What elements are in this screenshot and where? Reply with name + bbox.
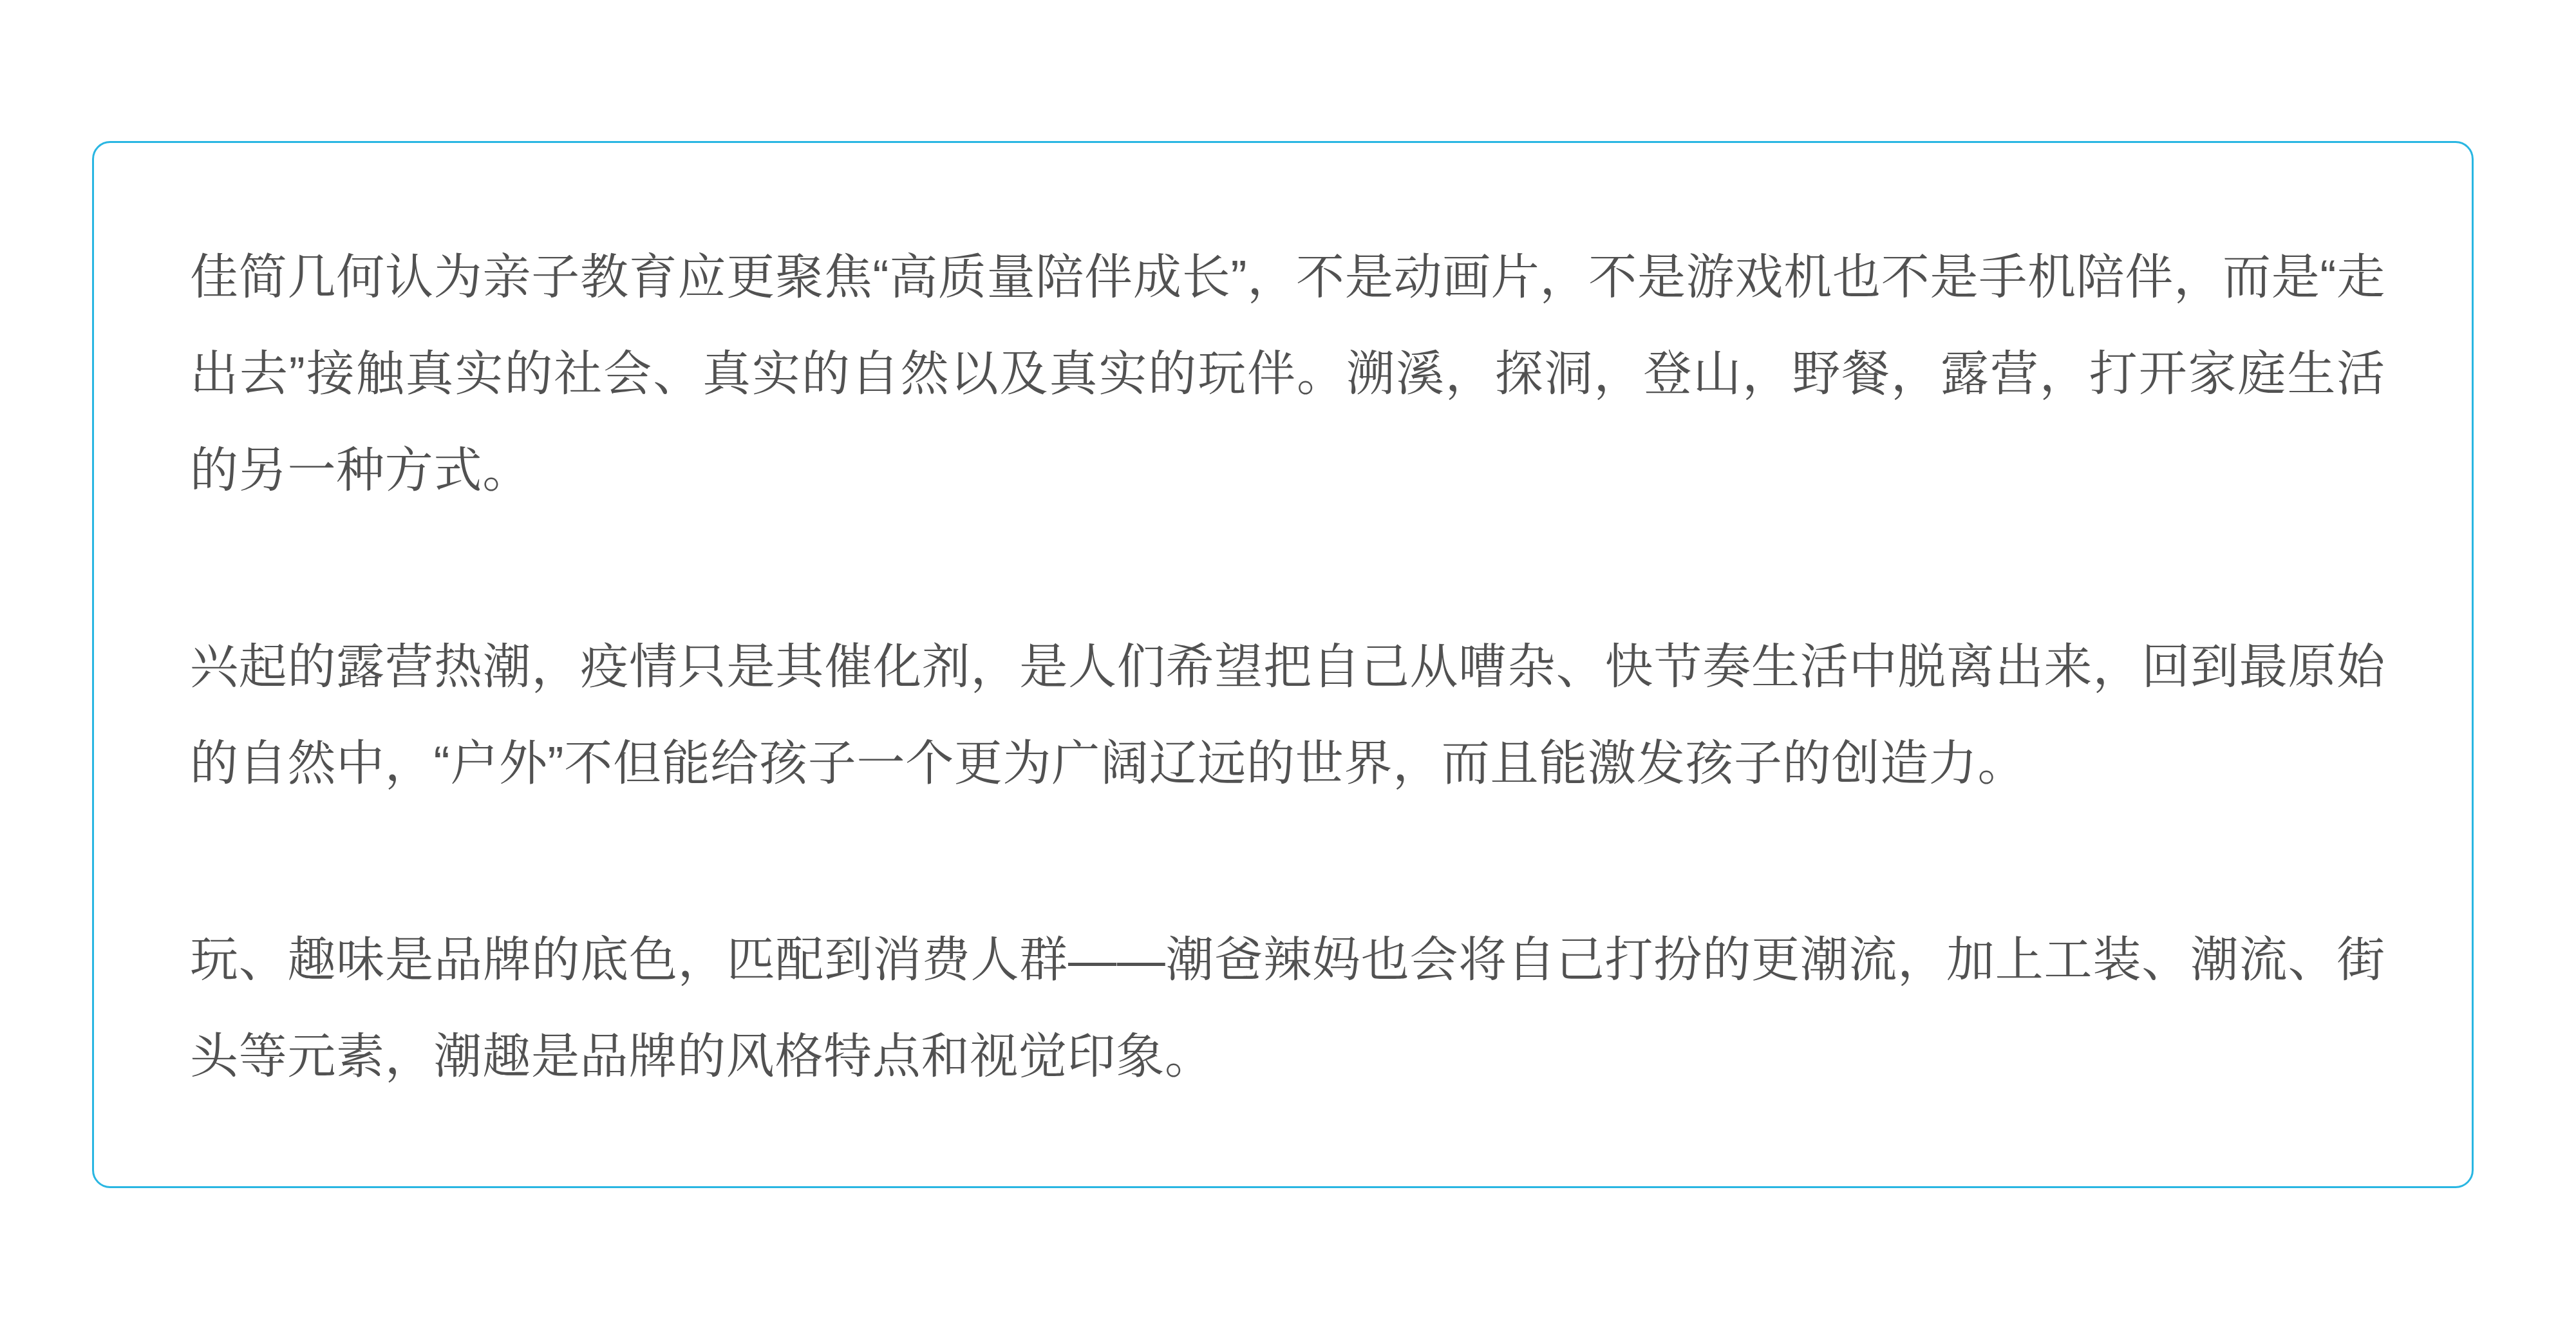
paragraph-brand-philosophy: 佳简几何认为亲子教育应更聚焦“高质量陪伴成长”，不是动画片，不是游戏机也不是手机… — [190, 229, 2385, 518]
text-card: 佳简几何认为亲子教育应更聚焦“高质量陪伴成长”，不是动画片，不是游戏机也不是手机… — [92, 141, 2474, 1188]
paragraph-camping-trend: 兴起的露营热潮，疫情只是其催化剂，是人们希望把自己从嘈杂、快节奏生活中脱离出来，… — [190, 618, 2385, 811]
card-content: 佳简几何认为亲子教育应更聚焦“高质量陪伴成长”，不是动画片，不是游戏机也不是手机… — [190, 229, 2385, 1104]
paragraph-brand-style: 玩、趣味是品牌的底色，匹配到消费人群——潮爸辣妈也会将自己打扮的更潮流，加上工装… — [190, 911, 2385, 1104]
